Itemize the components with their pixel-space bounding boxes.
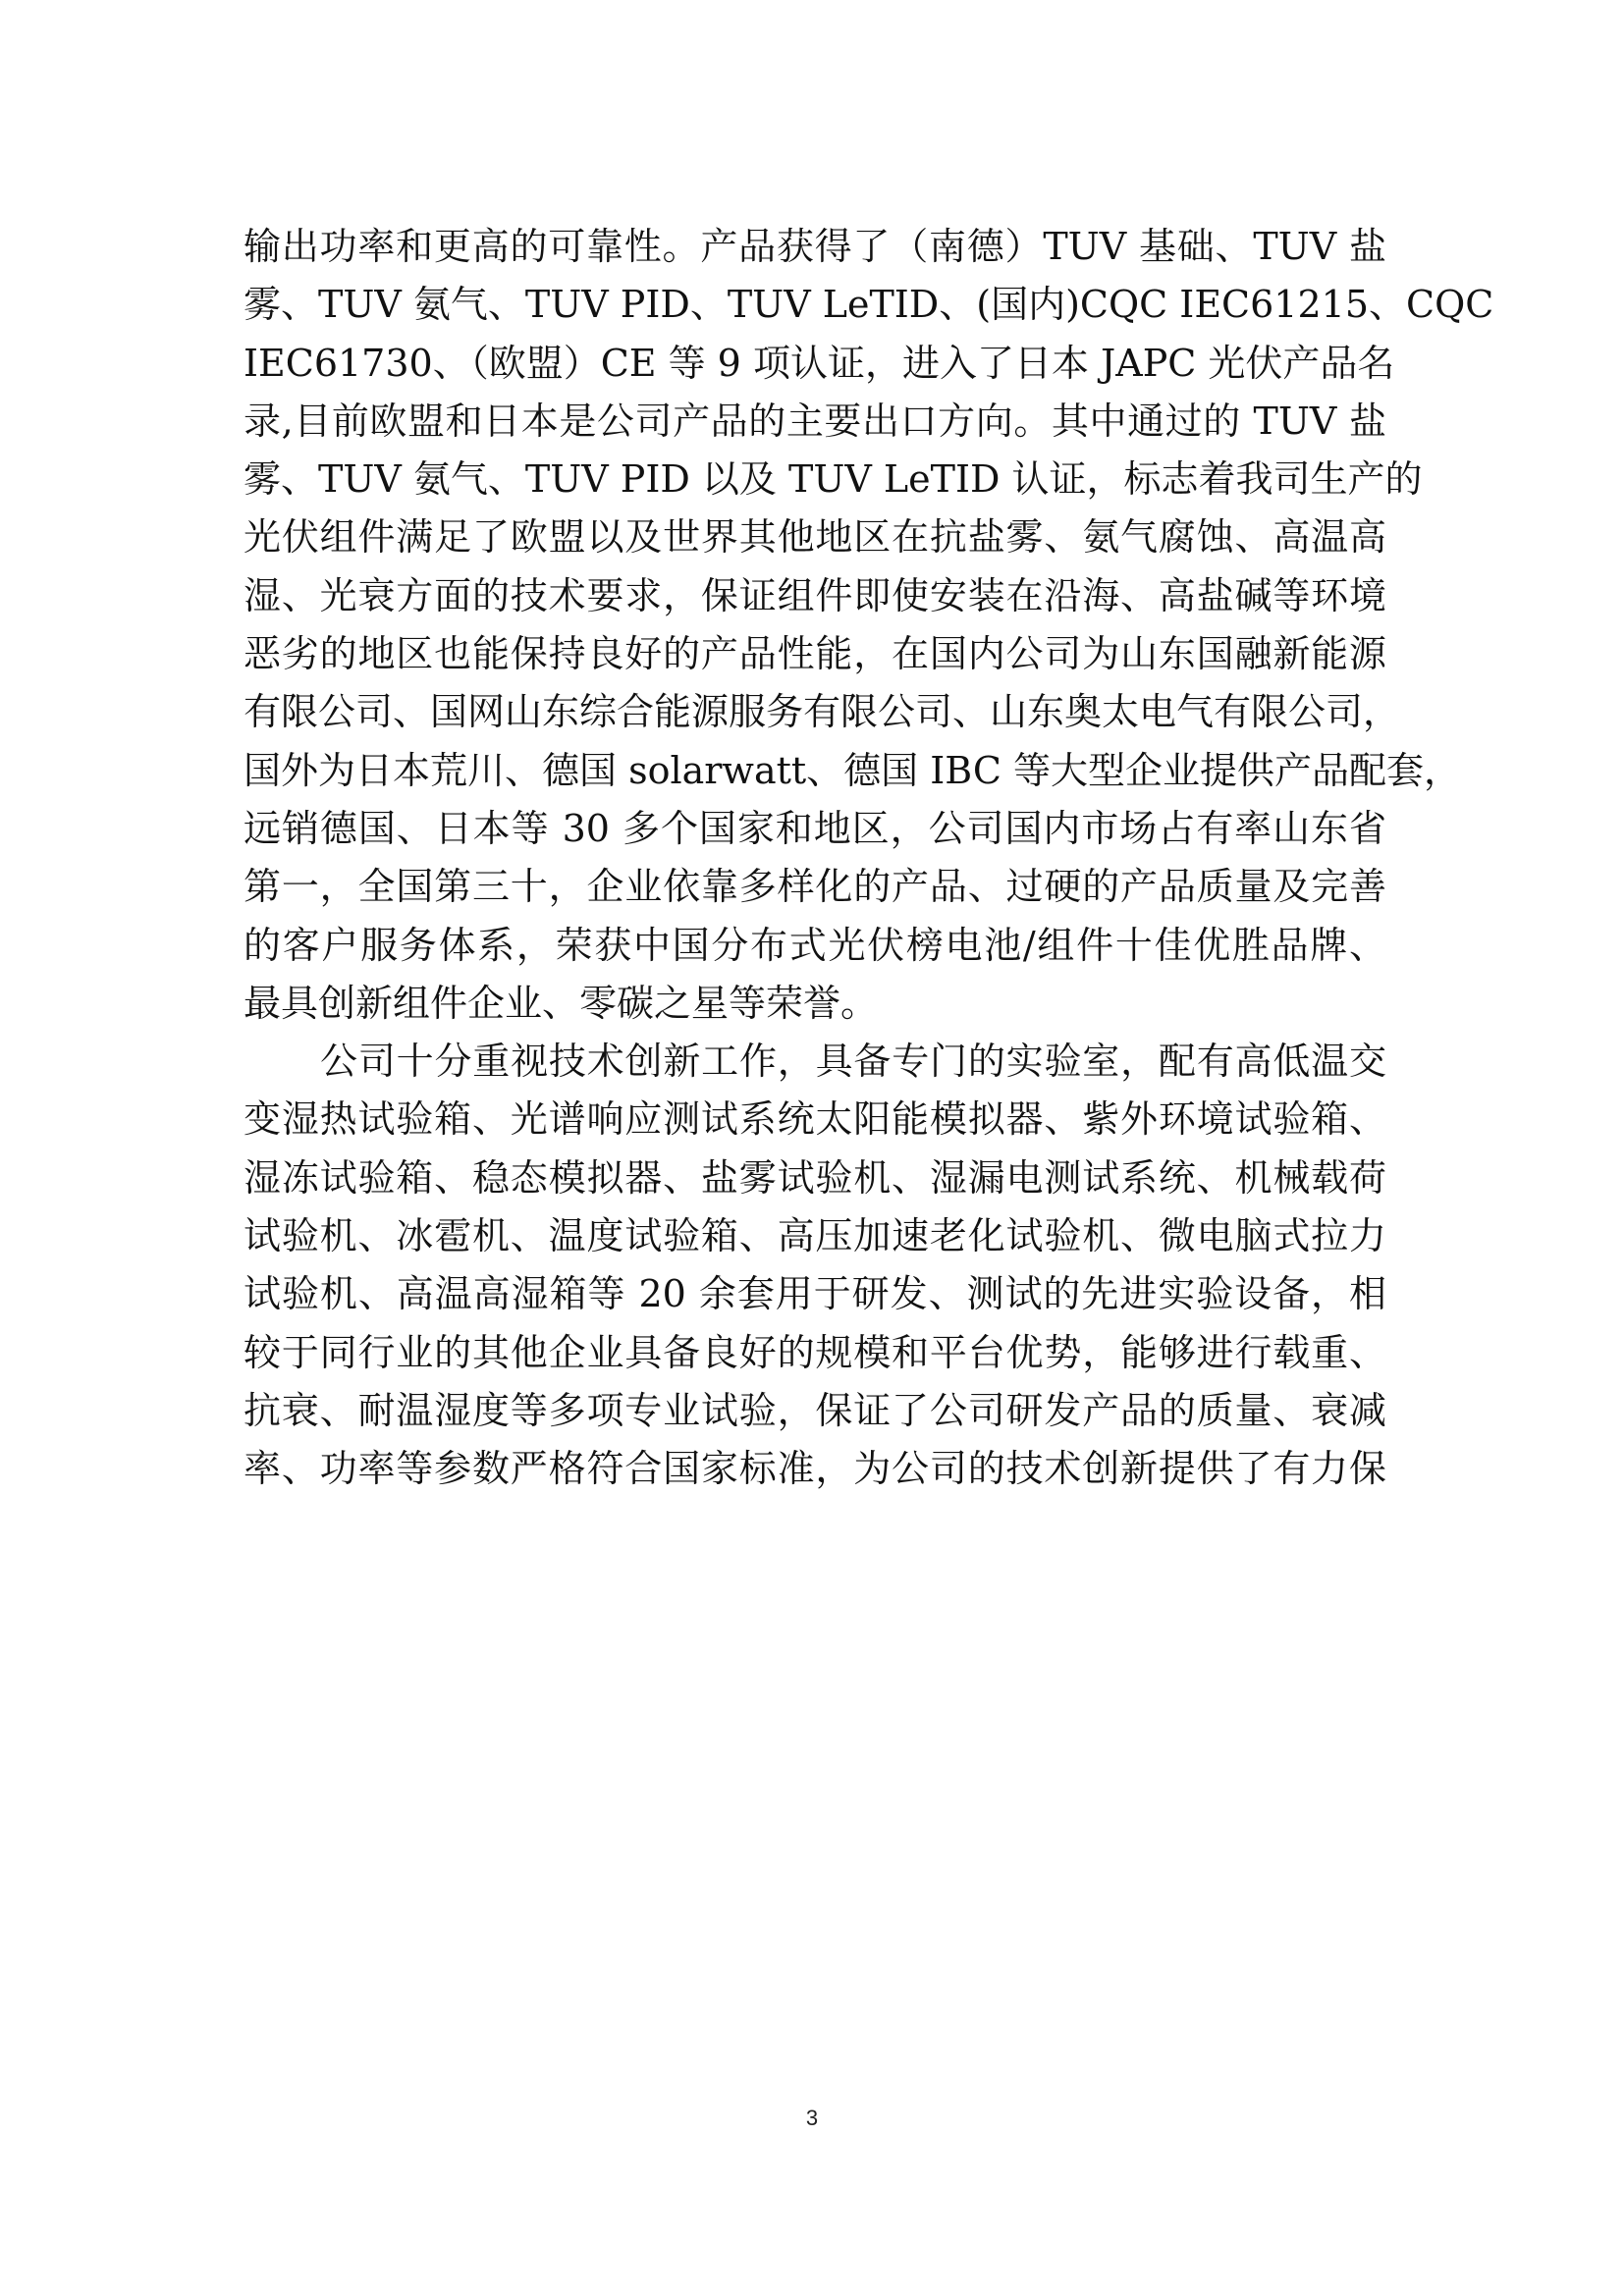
paragraph-1-line-4: 录,目前欧盟和日本是公司产品的主要出口方向。其中通过的 TUV 盐 (244, 393, 1386, 451)
paragraph-1-line-2: 雾、TUV 氨气、TUV PID、TUV LeTID、(国内)CQC IEC61… (244, 276, 1386, 334)
paragraph-2-line-5: 试验机、高温高湿箱等 20 余套用于研发、测试的先进实验设备，相 (244, 1265, 1386, 1323)
paragraph-1-line-13: 的客户服务体系，荣获中国分布式光伏榜电池/组件十佳优胜品牌、 (244, 917, 1386, 975)
document-page: 输出功率和更高的可靠性。产品获得了（南德）TUV 基础、TUV 盐 雾、TUV … (0, 0, 1624, 2296)
paragraph-1-line-8: 恶劣的地区也能保持良好的产品性能，在国内公司为山东国融新能源 (244, 625, 1386, 683)
paragraph-1-line-5: 雾、TUV 氨气、TUV PID 以及 TUV LeTID 认证，标志着我司生产… (244, 451, 1386, 508)
paragraph-1-line-9: 有限公司、国网山东综合能源服务有限公司、山东奥太电气有限公司， (244, 683, 1386, 741)
paragraph-1-line-10: 国外为日本荒川、德国 solarwatt、德国 IBC 等大型企业提供产品配套， (244, 742, 1386, 800)
paragraph-1-line-14: 最具创新组件企业、零碳之星等荣誉。 (244, 975, 1386, 1033)
paragraph-2-line-1: 公司十分重视技术创新工作，具备专门的实验室，配有高低温交 (244, 1033, 1386, 1091)
paragraph-1-line-1: 输出功率和更高的可靠性。产品获得了（南德）TUV 基础、TUV 盐 (244, 218, 1386, 276)
page-number: 3 (0, 2106, 1624, 2131)
paragraph-2-line-2: 变湿热试验箱、光谱响应测试系统太阳能模拟器、紫外环境试验箱、 (244, 1091, 1386, 1148)
paragraph-2-line-4: 试验机、冰雹机、温度试验箱、高压加速老化试验机、微电脑式拉力 (244, 1207, 1386, 1265)
paragraph-1-line-11: 远销德国、日本等 30 多个国家和地区，公司国内市场占有率山东省 (244, 800, 1386, 858)
paragraph-1-line-6: 光伏组件满足了欧盟以及世界其他地区在抗盐雾、氨气腐蚀、高温高 (244, 508, 1386, 566)
body-text: 输出功率和更高的可靠性。产品获得了（南德）TUV 基础、TUV 盐 雾、TUV … (244, 218, 1386, 1499)
paragraph-2-line-7: 抗衰、耐温湿度等多项专业试验，保证了公司研发产品的质量、衰减 (244, 1382, 1386, 1440)
paragraph-1-line-3: IEC61730、（欧盟）CE 等 9 项认证，进入了日本 JAPC 光伏产品名 (244, 335, 1386, 393)
paragraph-2-line-8: 率、功率等参数严格符合国家标准，为公司的技术创新提供了有力保 (244, 1440, 1386, 1498)
paragraph-2-line-3: 湿冻试验箱、稳态模拟器、盐雾试验机、湿漏电测试系统、机械载荷 (244, 1149, 1386, 1207)
paragraph-1-line-7: 湿、光衰方面的技术要求，保证组件即使安装在沿海、高盐碱等环境 (244, 567, 1386, 625)
paragraph-2-line-6: 较于同行业的其他企业具备良好的规模和平台优势，能够进行载重、 (244, 1324, 1386, 1382)
paragraph-1-line-12: 第一，全国第三十，企业依靠多样化的产品、过硬的产品质量及完善 (244, 858, 1386, 916)
